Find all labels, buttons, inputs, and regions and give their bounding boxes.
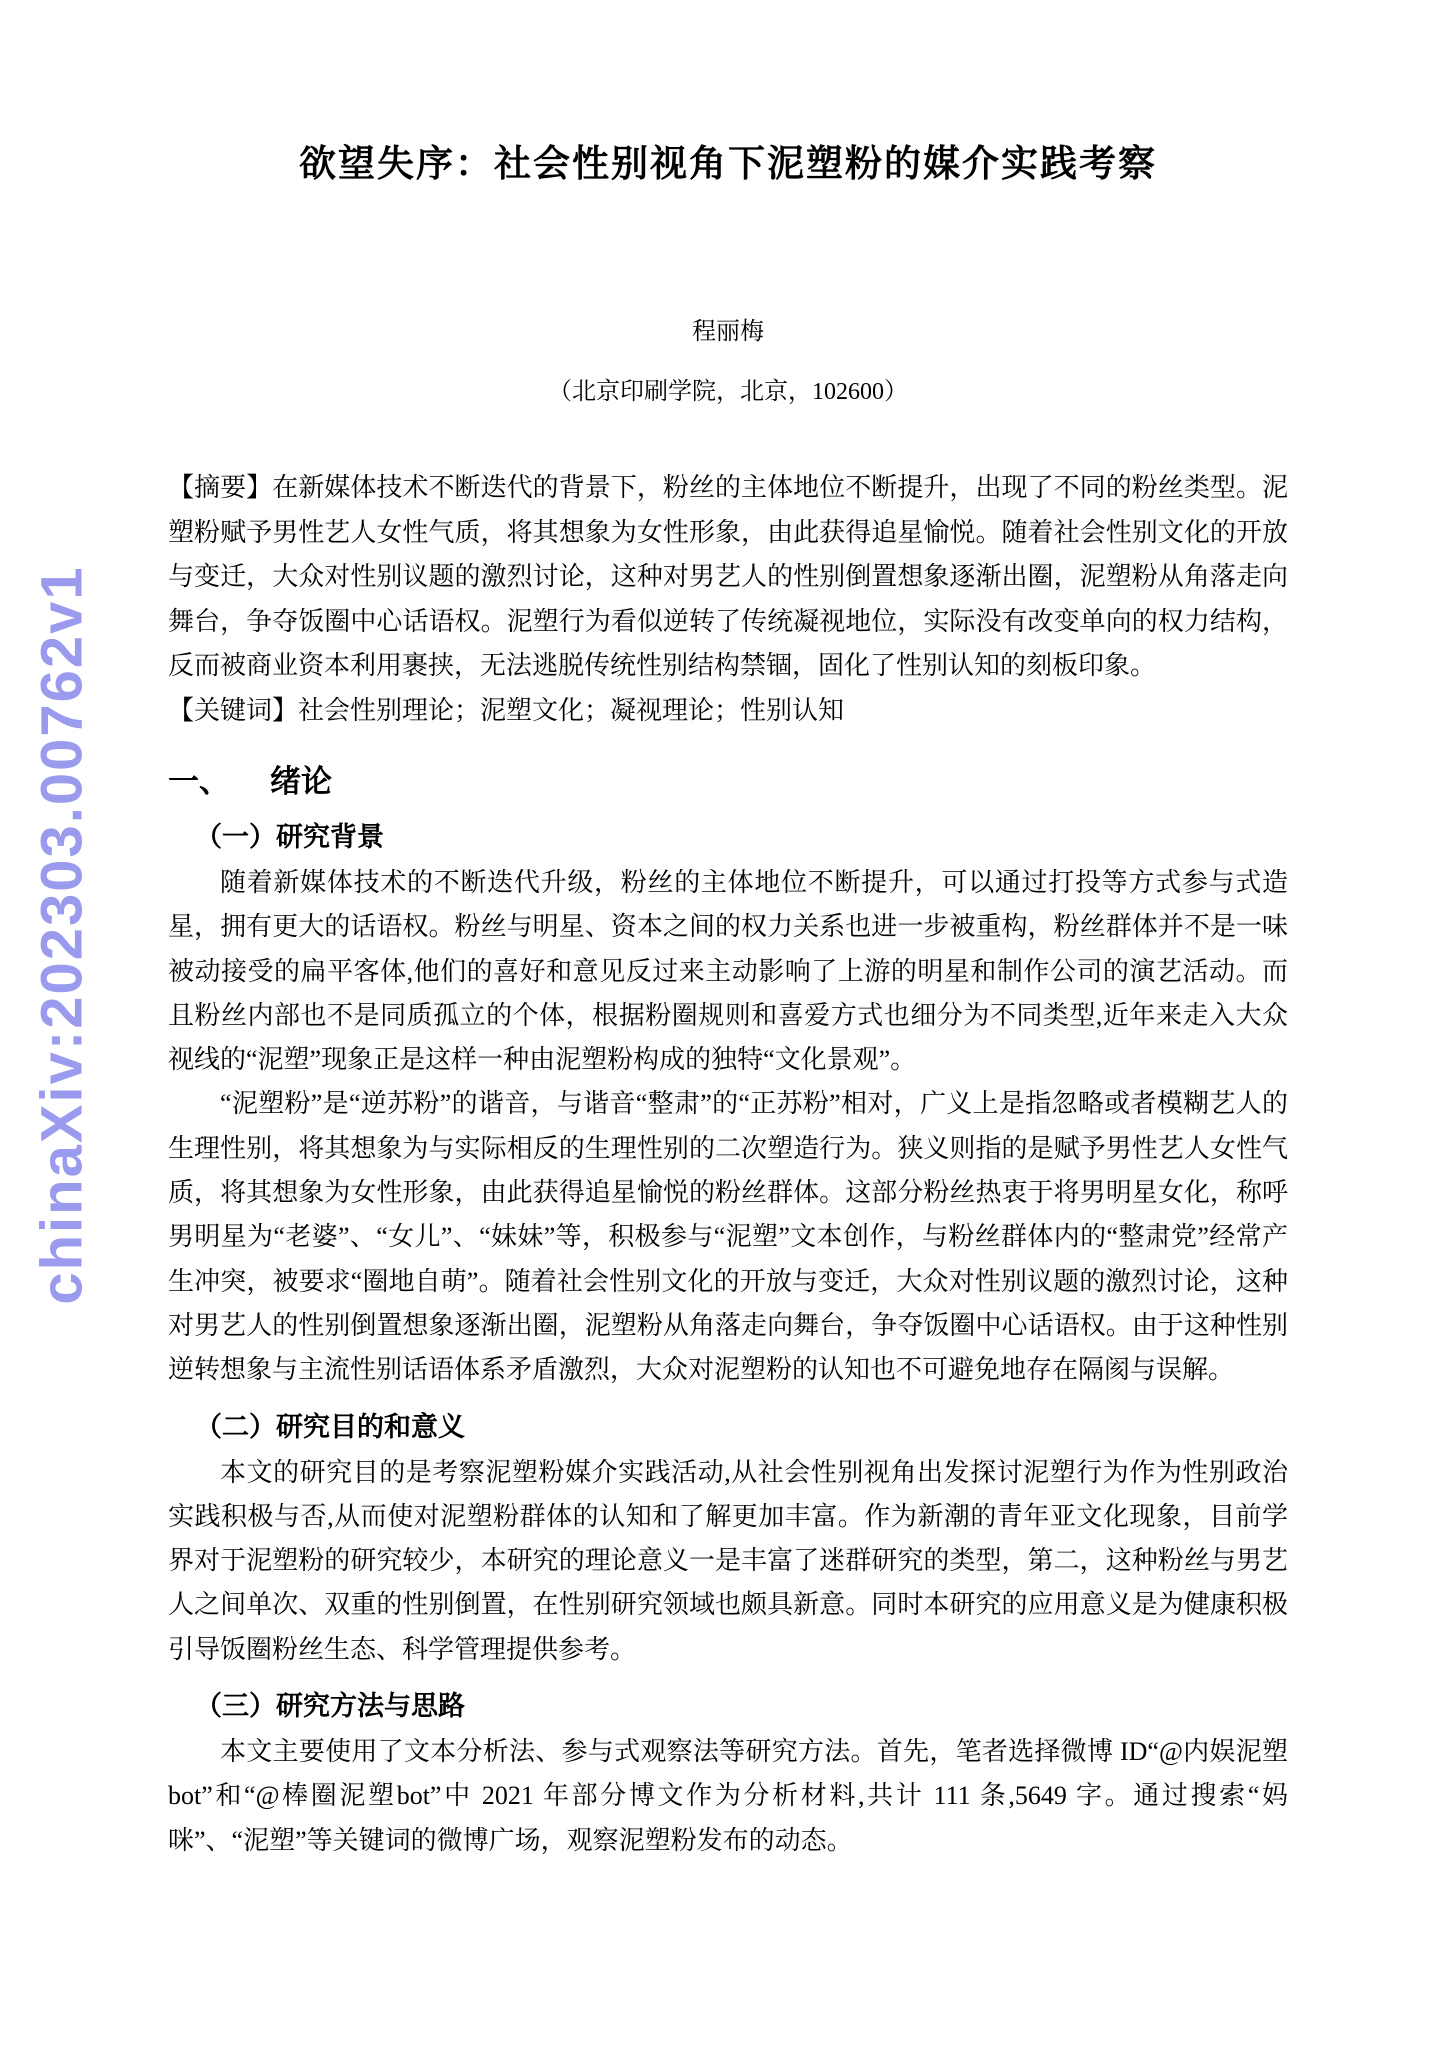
keywords-text: 社会性别理论；泥塑文化；凝视理论；性别认知 [298, 696, 844, 725]
subsection-2-heading: （二）研究目的和意义 [168, 1407, 1288, 1447]
subsection-1-heading: （一）研究背景 [168, 817, 1288, 857]
abstract-paragraph: 【摘要】在新媒体技术不断迭代的背景下，粉丝的主体地位不断提升，出现了不同的粉丝类… [168, 466, 1288, 689]
subsection-2-paragraph-1: 本文的研究目的是考察泥塑粉媒介实践活动,从社会性别视角出发探讨泥塑行为作为性别政… [168, 1451, 1288, 1672]
keywords-label: 【关键词】 [168, 696, 298, 725]
section-1-number: 一、 [168, 764, 230, 799]
section-1-title: 绪论 [270, 764, 332, 799]
author-affiliation: （北京印刷学院，北京，102600） [168, 376, 1288, 408]
subsection-3-heading: （三）研究方法与思路 [168, 1686, 1288, 1726]
subsection-3-paragraph-1: 本文主要使用了文本分析法、参与式观察法等研究方法。首先，笔者选择微博 ID“@内… [168, 1730, 1288, 1863]
author-name: 程丽梅 [168, 316, 1288, 348]
chinaxiv-watermark: chinaXiv:202303.00762v1 [29, 565, 96, 1304]
keywords-paragraph: 【关键词】社会性别理论；泥塑文化；凝视理论；性别认知 [168, 689, 1288, 734]
subsection-1-paragraph-2: “泥塑粉”是“逆苏粉”的谐音，与谐音“整肃”的“正苏粉”相对，广义上是指忽略或者… [168, 1082, 1288, 1392]
paper-title: 欲望失序：社会性别视角下泥塑粉的媒介实践考察 [168, 142, 1288, 188]
subsection-1-paragraph-1: 随着新媒体技术的不断迭代升级，粉丝的主体地位不断提升，可以通过打投等方式参与式造… [168, 861, 1288, 1082]
paper-page: chinaXiv:202303.00762v1 欲望失序：社会性别视角下泥塑粉的… [0, 0, 1448, 2048]
abstract-text: 在新媒体技术不断迭代的背景下，粉丝的主体地位不断提升，出现了不同的粉丝类型。泥塑… [168, 473, 1288, 680]
abstract-label: 【摘要】 [168, 473, 272, 502]
section-1-heading: 一、绪论 [168, 761, 1288, 803]
paper-content: 欲望失序：社会性别视角下泥塑粉的媒介实践考察 程丽梅 （北京印刷学院，北京，10… [168, 0, 1288, 1863]
